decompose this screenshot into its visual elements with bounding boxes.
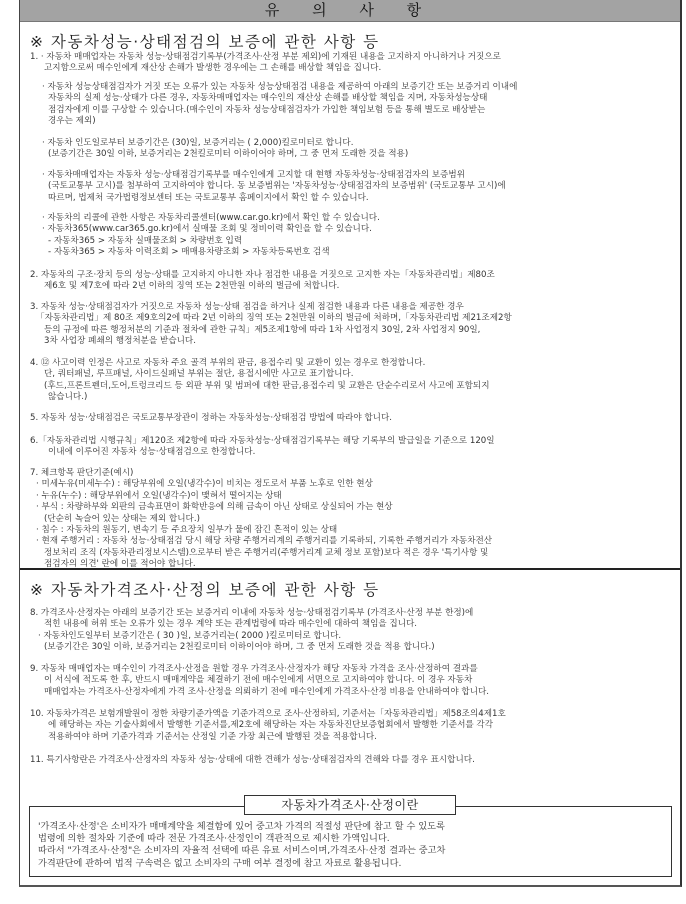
notice-line: (보증기간은 30일 이하, 보증거리는 2천킬로미터 이하이어야 하며, 그 … (30, 149, 670, 160)
notice-line: 에 해당하는 자는 기술사회에서 발행한 기준서를,제2호에 해당하는 자는 자… (30, 720, 670, 731)
notice-line: 따르며, 법제처 국가법령정보센터 또는 국토교통부 홈페이지에서 확인 할 수… (30, 193, 670, 204)
notice-item-11: 11. 특기사항란은 가격조사·산정자의 자동차 성능·상태에 대한 견해가 성… (30, 755, 670, 766)
notice-line: · 자동차 인도일로부터 보증기간은 (30)일, 보증거리는 ( 2,000)… (30, 138, 670, 149)
notice-item-4: 4. ⑫ 사고이력 인정은 사고로 자동차 주요 골격 부위의 판금, 용접수리… (30, 358, 670, 404)
notice-line: 매매업자는 가격조사·산정자에게 가격 조사·산정을 의뢰하기 전에 매수인에게… (30, 687, 670, 698)
notice-line: - 자동차365 > 자동차 이력조회 > 매매용차량조회 > 자동차등록번호 … (30, 247, 670, 258)
notice-line: · 자동차365(www.car365.go.kr)에서 실매물 조회 및 정비… (30, 224, 670, 235)
notice-line: · 자동차의 리콜에 관한 사항은 자동차리콜센터(www.car.go.kr)… (30, 213, 670, 224)
notice-item-2: 2. 자동차의 구조·장치 등의 성능·상태를 고지하지 아니한 자나 점검한 … (30, 270, 670, 293)
notice-line: 등의 규정에 따른 행정처분의 기준과 절차에 관한 규칙」제5조제1항에 따라… (30, 325, 670, 336)
notice-line: 이 서식에 적도록 한 후, 반드시 매매계약을 체결하기 전에 매수인에게 서… (30, 675, 670, 686)
notice-line: 자동차의 실제 성능·상태가 다른 경우, 자동차매매업자는 매수인의 재산상 … (30, 93, 670, 104)
section-title-price-warranty: ※ 자동차가격조사·산정의 보증에 관한 사항 등 (30, 578, 380, 600)
notice-item-1-warranty-scope: · 자동차매매업자는 자동차 성능·상태점검기록부를 매수인에게 고지할 대 현… (30, 170, 670, 204)
notice-document: 유 의 사 항 ※ 자동차성능·상태점검의 보증에 관한 사항 등 1. · 자… (19, 0, 682, 887)
notice-item-7-criteria: 7. 체크항목 판단기준(예시) · 미세누유(미세누수) : 해당부위에 오일… (30, 468, 670, 571)
definition-box-title: 자동차가격조사·산정이란 (244, 795, 456, 815)
notice-item-6: 6.「자동차관리법 시행규칙」제120조 제2항에 따라 자동차성능·상태점검기… (30, 436, 670, 459)
notice-line: (보증기간은 30일 이하, 보증거리는 2천킬로미터 이하이어야 하며, 그 … (30, 642, 670, 653)
notice-line: · 미세누유(미세누수) : 해당부위에 오일(냉각수)이 비치는 정도로서 부… (30, 479, 670, 490)
notice-item-1-warranty-period: · 자동차 인도일로부터 보증기간은 (30)일, 보증거리는 ( 2,000)… (30, 138, 670, 161)
notice-line: · 자동차매매업자는 자동차 성능·상태점검기록부를 매수인에게 고지할 대 현… (30, 170, 670, 181)
notice-line: 3차 사업장 폐쇄의 행정처분을 받습니다. (30, 336, 670, 347)
notice-line: · 부식 : 차량하부와 외판의 금속표면이 화학반응에 의해 금속이 아닌 상… (30, 502, 670, 513)
notice-line: (단순히 녹슬어 있는 상태는 제외 합니다.) (30, 514, 670, 525)
notice-item-3: 3. 자동차 성능·상태점검자가 거짓으로 자동차 성능·상태 점검을 하거나 … (30, 302, 670, 348)
notice-line: 정보처리 조직 (자동차관리정보시스템)으로부터 받은 주행거리(주행거리계 교… (30, 548, 670, 559)
section-divider (20, 568, 680, 570)
notice-line: 제6호 및 제7호에 따라 2년 이하의 징역 또는 2천만원 이하의 벌금에 … (30, 281, 670, 292)
section-title-performance-warranty: ※ 자동차성능·상태점검의 보증에 관한 사항 등 (30, 30, 380, 52)
notice-line: 적용하여야 하며 기준가격과 기준서는 산정일 기준 가장 최근에 발행된 것을… (30, 732, 670, 743)
notice-line: 11. 특기사항란은 가격조사·산정자의 자동차 성능·상태에 대한 견해가 성… (30, 755, 670, 766)
notice-item-5: 5. 자동차 성능·상태점검은 국토교통부장관이 정하는 자동차성능·상태점검 … (30, 413, 670, 424)
notice-line: 단, 쿼터패널, 루프패널, 사이드실패널 부위는 절단, 용접시에만 사고로 … (30, 369, 670, 380)
notice-item-9: 9. 자동차 매매업자는 매수인이 가격조사·산정을 원할 경우 가격조사·산정… (30, 664, 670, 698)
document-header: 유 의 사 항 (20, 0, 680, 22)
notice-item-1-liability: · 자동차 성능상태점검자가 거짓 또는 오류가 있는 자동차 성능상태점검 내… (30, 82, 670, 128)
definition-line: 가격판단에 관하여 법적 구속력은 없고 소비자의 구매 여부 결정에 참고 자… (38, 858, 445, 870)
notice-line: 4. ⑫ 사고이력 인정은 사고로 자동차 주요 골격 부위의 판금, 용접수리… (30, 358, 670, 369)
definition-line: 법령에 의한 절차와 기준에 따라 전문 가격조사·산정인이 객관적으로 제시한… (38, 833, 445, 845)
notice-line: - 자동차365 > 자동차 실매물조회 > 차량번호 입력 (30, 236, 670, 247)
notice-item-1: 1. · 자동차 매매업자는 자동차 성능·상태점검기록부(가격조사·산정 부분… (30, 52, 670, 75)
notice-line: 2. 자동차의 구조·장치 등의 성능·상태를 고지하지 아니한 자나 점검한 … (30, 270, 670, 281)
notice-line: 「자동차관리법」제 80조 제9호의2에 따라 2년 이하의 징역 또는 2천만… (30, 313, 670, 324)
notice-item-10: 10. 자동차가격은 보험개발원이 정한 차량기준가액을 기준가격으로 조사·산… (30, 709, 670, 743)
definition-box-body: '가격조사·산정'은 소비자가 매매계약을 체결함에 있어 중고차 가격의 적절… (38, 821, 445, 870)
notice-line: 이내에 이루어진 자동차 성능·상태점검으로 한정합니다. (30, 447, 670, 458)
definition-line: 따라서 "가격조사·산정"은 소비자의 자율적 선택에 따른 유료 서비스이며,… (38, 845, 445, 857)
notice-line: 10. 자동차가격은 보험개발원이 정한 차량기준가액을 기준가격으로 조사·산… (30, 709, 670, 720)
notice-line: 않습니다.) (30, 392, 670, 403)
notice-line: · 자동차인도일부터 보증기간은 ( 30 )일, 보증거리는( 2000 )킬… (30, 631, 670, 642)
notice-line: 7. 체크항목 판단기준(예시) (30, 468, 670, 479)
definition-line: '가격조사·산정'은 소비자가 매매계약을 체결함에 있어 중고차 가격의 적절… (38, 821, 445, 833)
notice-line: 5. 자동차 성능·상태점검은 국토교통부장관이 정하는 자동차성능·상태점검 … (30, 413, 670, 424)
notice-line: 적힌 내용에 허위 또는 오류가 있는 경우 계약 또는 관계법령에 따라 매수… (30, 619, 670, 630)
notice-line: 1. · 자동차 매매업자는 자동차 성능·상태점검기록부(가격조사·산정 부분… (30, 52, 670, 63)
notice-line: · 침수 : 자동차의 원동기, 변속기 등 주요장치 일부가 물에 잠긴 흔적… (30, 525, 670, 536)
notice-line: 3. 자동차 성능·상태점검자가 거짓으로 자동차 성능·상태 점검을 하거나 … (30, 302, 670, 313)
notice-line: (국토교통부 고시)를 첨부하여 고지하여야 합니다. 동 보증범위는 '자동차… (30, 181, 670, 192)
notice-line: 고지함으로써 매수인에게 재산상 손해가 발생한 경우에는 그 손해를 배상할 … (30, 63, 670, 74)
notice-line: (후드,프론트펜더,도어,트렁크리드 등 외판 부위 및 범퍼에 대한 판금,용… (30, 381, 670, 392)
notice-line: 6.「자동차관리법 시행규칙」제120조 제2항에 따라 자동차성능·상태점검기… (30, 436, 670, 447)
notice-item-8: 8. 가격조사·산정자는 아래의 보증기간 또는 보증거리 이내에 자동차 성능… (30, 608, 670, 654)
notice-line: 점검자에게 이를 구상할 수 있습니다.(매수인이 자동차 성능상태점검자가 가… (30, 105, 670, 116)
notice-line: 8. 가격조사·산정자는 아래의 보증기간 또는 보증거리 이내에 자동차 성능… (30, 608, 670, 619)
notice-line: · 누유(누수) : 해당부위에서 오일(냉각수)이 맺혀서 떨어지는 상태 (30, 491, 670, 502)
notice-line: 9. 자동차 매매업자는 매수인이 가격조사·산정을 원할 경우 가격조사·산정… (30, 664, 670, 675)
notice-line: · 현재 주행거리 : 자동차 성능·상태점검 당시 해당 차량 주행거리계의 … (30, 536, 670, 547)
notice-item-1-recall: · 자동차의 리콜에 관한 사항은 자동차리콜센터(www.car.go.kr)… (30, 213, 670, 259)
price-assessment-definition-box: 자동차가격조사·산정이란 '가격조사·산정'은 소비자가 매매계약을 체결함에 … (29, 806, 672, 877)
notice-line: 경우는 제외) (30, 116, 670, 127)
notice-line: · 자동차 성능상태점검자가 거짓 또는 오류가 있는 자동차 성능상태점검 내… (30, 82, 670, 93)
